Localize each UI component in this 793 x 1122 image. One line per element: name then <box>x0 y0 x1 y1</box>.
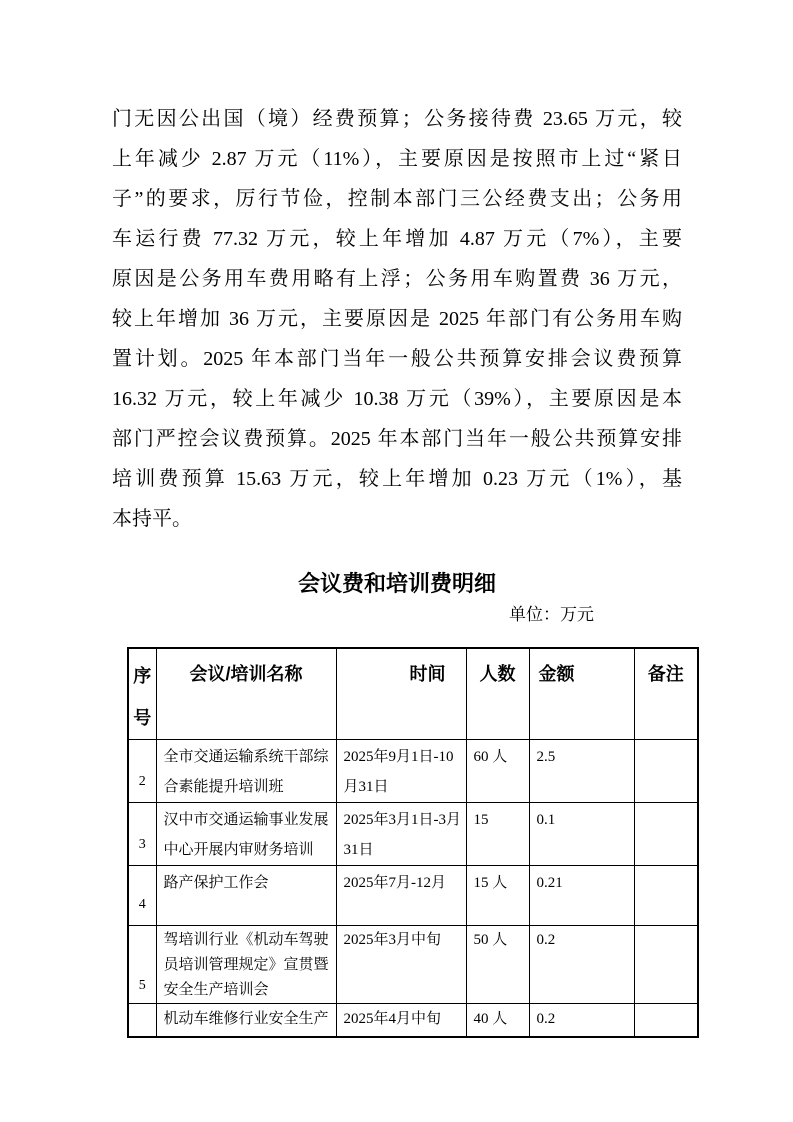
cell-note <box>634 740 698 803</box>
paragraph-line: 原因是公务用车费用略有上浮；公务用车购置费 36 万元， <box>112 259 682 299</box>
cell-time: 2025年3月1日-3月31日 <box>336 803 466 866</box>
cell-amount: 0.21 <box>529 866 634 926</box>
cell-amount: 2.5 <box>529 740 634 803</box>
paragraph-line: 16.32 万元，较上年减少 10.38 万元（39%），主要原因是本 <box>112 379 682 419</box>
cell-time: 2025年7月-12月 <box>336 866 466 926</box>
body-paragraph: 门无因公出国（境）经费预算；公务接待费 23.65 万元，较上年减少 2.87 … <box>112 99 682 539</box>
cell-amount: 0.1 <box>529 803 634 866</box>
cell-name: 路产保护工作会 <box>156 866 336 926</box>
section-title: 会议费和培训费明细 <box>112 571 682 597</box>
table-row: 2全市交通运输系统干部综合素能提升培训班2025年9月1日-10月31日60 人… <box>128 740 698 803</box>
cell-no: 3 <box>128 803 156 866</box>
cell-note <box>634 1004 698 1037</box>
header-people: 人数 <box>466 648 529 740</box>
paragraph-line: 置计划。2025 年本部门当年一般公共预算安排会议费预算 <box>112 339 682 379</box>
cell-name: 驾培训行业《机动车驾驶员培训管理规定》宣贯暨安全生产培训会 <box>156 926 336 1004</box>
cell-people: 15 人 <box>466 866 529 926</box>
cell-no <box>128 1004 156 1037</box>
cell-amount: 0.2 <box>529 1004 634 1037</box>
paragraph-line: 培训费预算 15.63 万元，较上年增加 0.23 万元（1%），基 <box>112 459 682 499</box>
cell-no: 2 <box>128 740 156 803</box>
cell-note <box>634 866 698 926</box>
cell-people: 50 人 <box>466 926 529 1004</box>
paragraph-line: 较上年增加 36 万元，主要原因是 2025 年部门有公务用车购 <box>112 299 682 339</box>
cell-time: 2025年3月中旬 <box>336 926 466 1004</box>
document-page: 门无因公出国（境）经费预算；公务接待费 23.65 万元，较上年减少 2.87 … <box>0 0 793 1122</box>
paragraph-line: 门无因公出国（境）经费预算；公务接待费 23.65 万元，较 <box>112 99 682 139</box>
cell-note <box>634 926 698 1004</box>
unit-label: 单位：万元 <box>112 603 682 627</box>
table-row: 5驾培训行业《机动车驾驶员培训管理规定》宣贯暨安全生产培训会2025年3月中旬5… <box>128 926 698 1004</box>
cell-name: 机动车维修行业安全生产 <box>156 1004 336 1037</box>
paragraph-line: 本持平。 <box>112 499 682 539</box>
header-time: 时间 <box>336 648 466 740</box>
cell-no: 4 <box>128 866 156 926</box>
cell-amount: 0.2 <box>529 926 634 1004</box>
cell-name: 全市交通运输系统干部综合素能提升培训班 <box>156 740 336 803</box>
paragraph-line: 部门严控会议费预算。2025 年本部门当年一般公共预算安排 <box>112 419 682 459</box>
cell-note <box>634 803 698 866</box>
table-row: 4路产保护工作会2025年7月-12月15 人0.21 <box>128 866 698 926</box>
header-name: 会议/培训名称 <box>156 648 336 740</box>
cell-people: 15 <box>466 803 529 866</box>
cell-no: 5 <box>128 926 156 1004</box>
meeting-training-fees-table: 序号会议/培训名称时间人数金额备注 2全市交通运输系统干部综合素能提升培训班20… <box>127 647 699 1038</box>
cell-people: 40 人 <box>466 1004 529 1037</box>
table-row: 3汉中市交通运输事业发展中心开展内审财务培训2025年3月1日-3月31日150… <box>128 803 698 866</box>
cell-time: 2025年9月1日-10月31日 <box>336 740 466 803</box>
paragraph-line: 子”的要求，厉行节俭，控制本部门三公经费支出；公务用 <box>112 179 682 219</box>
header-no: 序号 <box>128 648 156 740</box>
header-amount: 金额 <box>529 648 634 740</box>
cell-name: 汉中市交通运输事业发展中心开展内审财务培训 <box>156 803 336 866</box>
table-row: 机动车维修行业安全生产2025年4月中旬40 人0.2 <box>128 1004 698 1037</box>
paragraph-line: 车运行费 77.32 万元，较上年增加 4.87 万元（7%），主要 <box>112 219 682 259</box>
cell-people: 60 人 <box>466 740 529 803</box>
cell-time: 2025年4月中旬 <box>336 1004 466 1037</box>
header-note: 备注 <box>634 648 698 740</box>
paragraph-line: 上年减少 2.87 万元（11%），主要原因是按照市上过“紧日 <box>112 139 682 179</box>
table-body: 2全市交通运输系统干部综合素能提升培训班2025年9月1日-10月31日60 人… <box>128 740 698 1037</box>
table-header-row: 序号会议/培训名称时间人数金额备注 <box>128 648 698 740</box>
